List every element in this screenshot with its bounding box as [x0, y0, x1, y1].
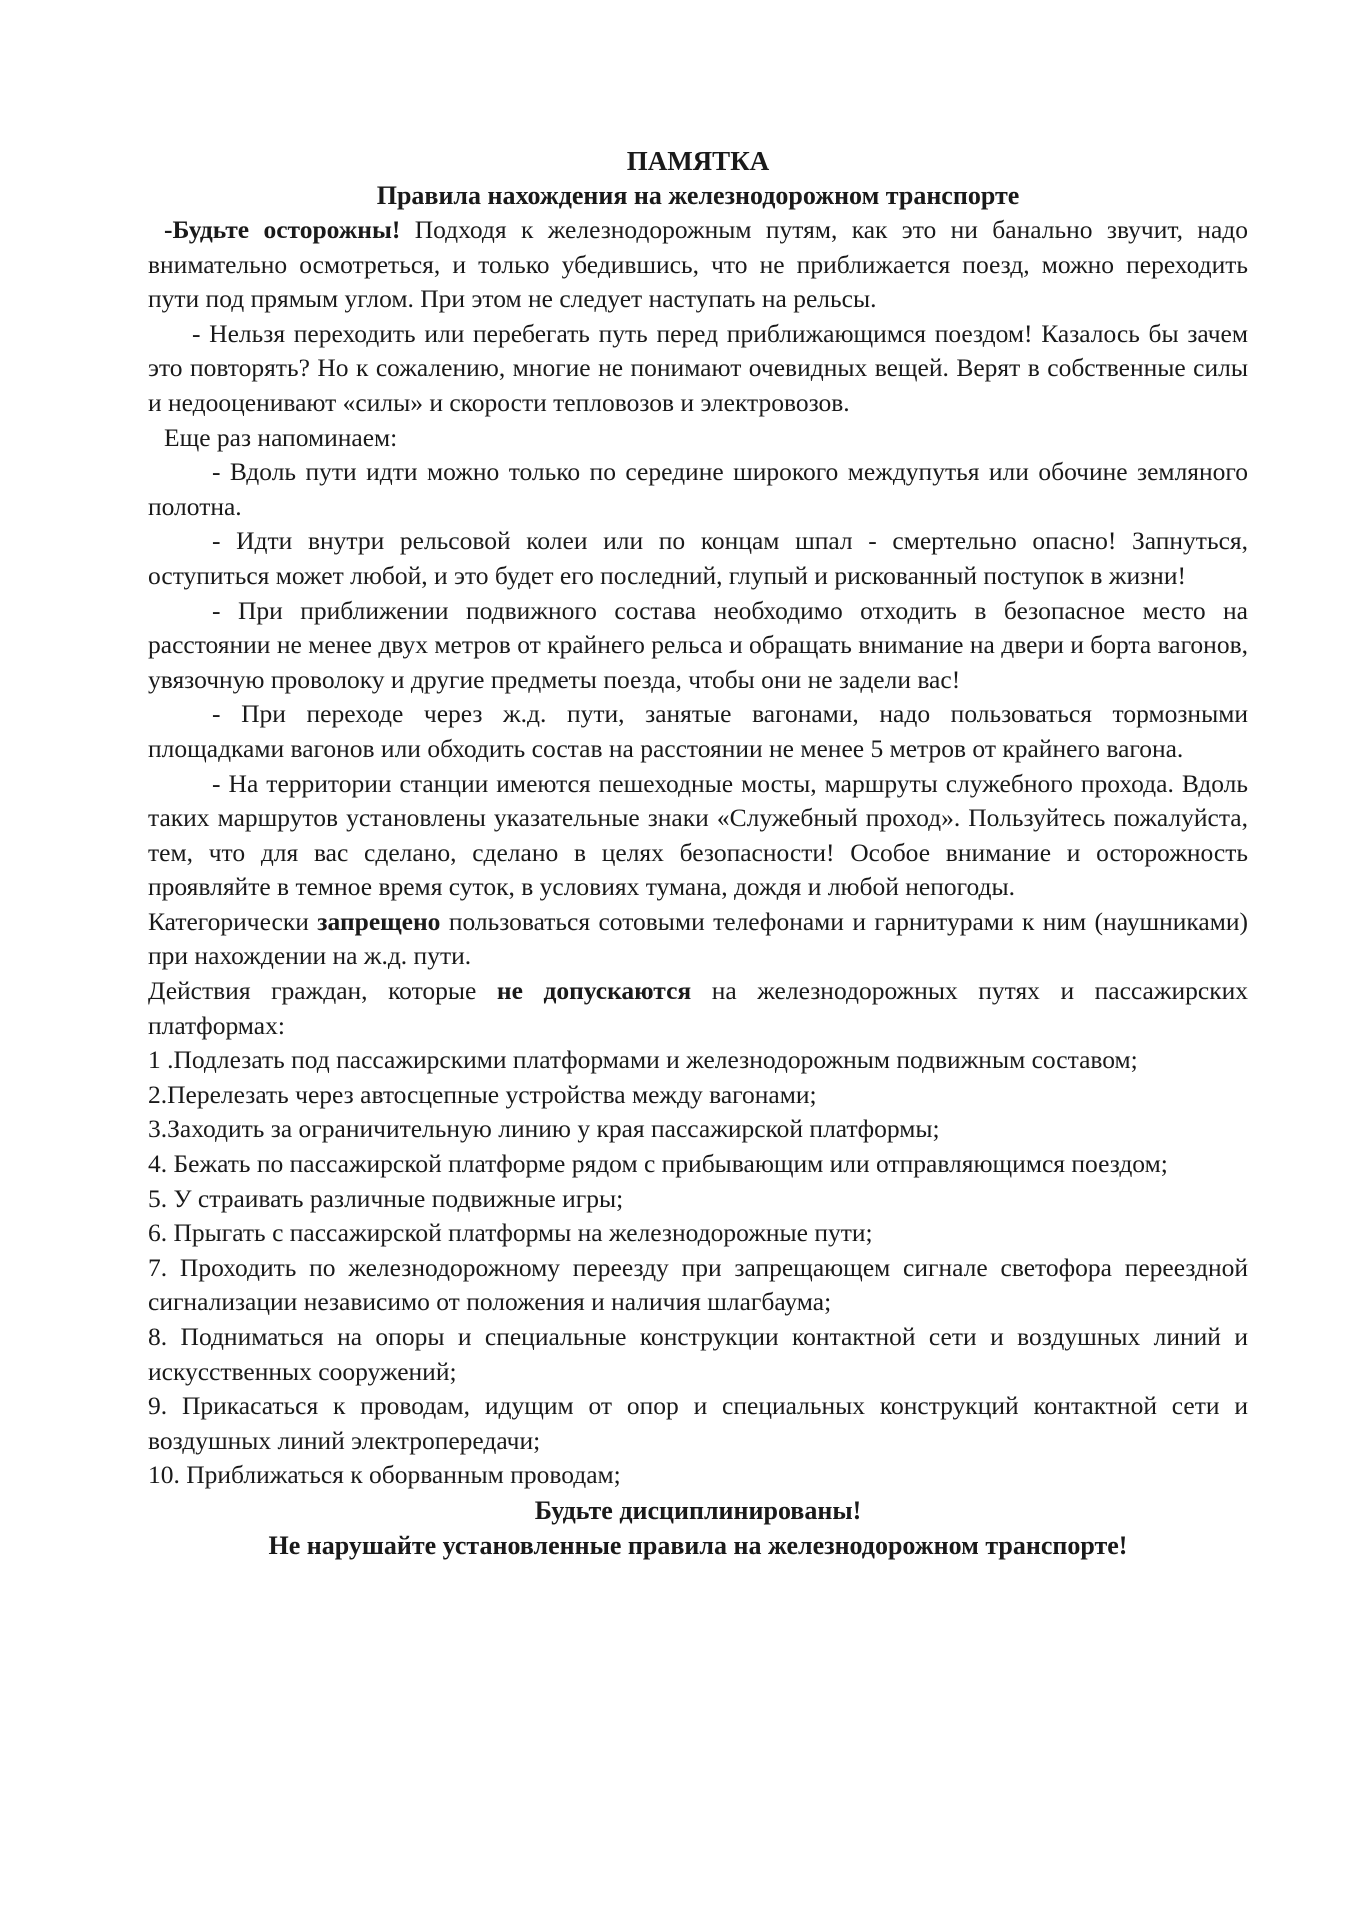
intro-paragraph: -Будьте осторожны! Подходя к железнодоро…: [148, 213, 1248, 317]
reminder-heading: Еще раз напоминаем:: [148, 421, 1248, 456]
prohibited-item: 9. Прикасаться к проводам, идущим от опо…: [148, 1389, 1248, 1458]
phones-bold: запрещено: [317, 907, 440, 936]
prohibited-item: 2.Перелезать через автосцепные устройств…: [148, 1078, 1248, 1113]
prohibited-item: 1 .Подлезать под пассажирскими платформа…: [148, 1043, 1248, 1078]
document-subtitle: Правила нахождения на железнодорожном тр…: [148, 179, 1248, 213]
prohibited-intro-bold: не допускаются: [497, 976, 691, 1005]
intro-bold-lead: -Будьте осторожны!: [164, 215, 400, 244]
phones-text-before: Категорически: [148, 907, 317, 936]
phones-paragraph: Категорически запрещено пользоваться сот…: [148, 905, 1248, 974]
prohibited-item: 3.Заходить за ограничительную линию у кр…: [148, 1112, 1248, 1147]
prohibited-item: 7. Проходить по железнодорожному переезд…: [148, 1251, 1248, 1320]
memo-page: ПАМЯТКА Правила нахождения на железнодор…: [148, 143, 1248, 1563]
prohibited-list: 1 .Подлезать под пассажирскими платформа…: [148, 1043, 1248, 1493]
prohibited-item: 6. Прыгать с пассажирской платформы на ж…: [148, 1216, 1248, 1251]
reminder-item: - При приближении подвижного состава нео…: [148, 594, 1248, 698]
prohibited-intro: Действия граждан, которые не допускаются…: [148, 974, 1248, 1043]
reminder-item: - На территории станции имеются пешеходн…: [148, 767, 1248, 905]
closing-line-1: Будьте дисциплинированы!: [148, 1493, 1248, 1528]
prohibited-item: 4. Бежать по пассажирской платформе рядо…: [148, 1147, 1248, 1182]
closing-line-2: Не нарушайте установленные правила на же…: [148, 1528, 1248, 1563]
prohibited-item: 8. Подниматься на опоры и специальные ко…: [148, 1320, 1248, 1389]
reminder-item: - При переходе через ж.д. пути, занятые …: [148, 697, 1248, 766]
prohibited-item: 5. У страивать различные подвижные игры;: [148, 1182, 1248, 1217]
prohibited-intro-before: Действия граждан, которые: [148, 976, 497, 1005]
reminder-item: - Идти внутри рельсовой колеи или по кон…: [148, 524, 1248, 593]
paragraph-crossing: - Нельзя переходить или перебегать путь …: [148, 317, 1248, 421]
prohibited-item: 10. Приближаться к оборванным проводам;: [148, 1458, 1248, 1493]
reminder-item: - Вдоль пути идти можно только по середи…: [148, 455, 1248, 524]
document-title: ПАМЯТКА: [148, 143, 1248, 179]
